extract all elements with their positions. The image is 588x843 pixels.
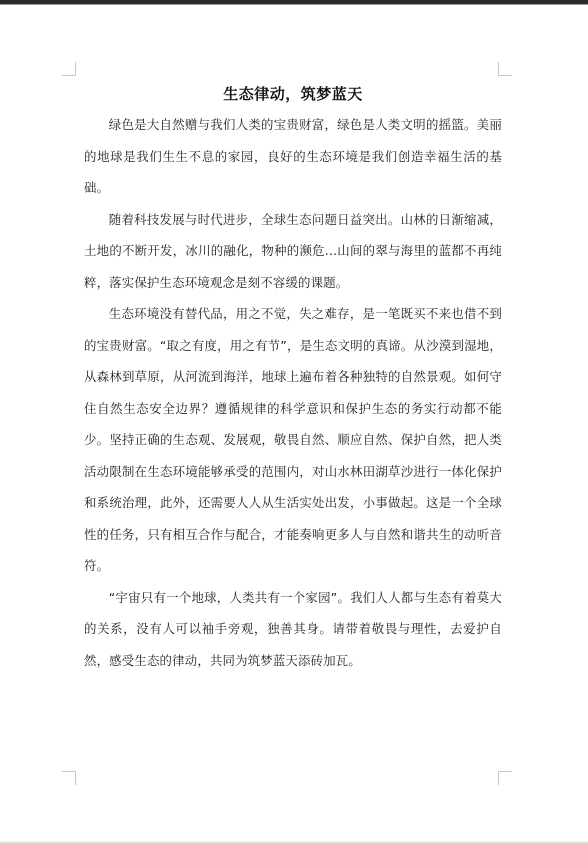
document-page[interactable]: 生态律动，筑梦蓝天 绿色是大自然赠与我们人类的宝贵财富，绿色是人类文明的摇篮。美…	[0, 5, 588, 841]
paragraph-4: “宇宙只有一个地球，人类共有一个家园”。我们人人都与生态有着莫大的关系，没有人可…	[84, 582, 502, 677]
paragraph-1: 绿色是大自然赠与我们人类的宝贵财富，绿色是人类文明的摇篮。美丽的地球是我们生生不…	[84, 109, 502, 204]
corner-mark-top-right-icon	[498, 62, 512, 76]
paragraph-3: 生态环境没有替代品，用之不觉，失之难存，是一笔既买不来也借不到的宝贵财富。“取之…	[84, 298, 502, 582]
document-body[interactable]: 生态律动，筑梦蓝天 绿色是大自然赠与我们人类的宝贵财富，绿色是人类文明的摇篮。美…	[84, 83, 502, 676]
corner-mark-top-left-icon	[62, 62, 76, 76]
paragraph-2: 随着科技发展与时代进步，全球生态问题日益突出。山林的日渐缩减，土地的不断开发，冰…	[84, 204, 502, 299]
corner-mark-bottom-right-icon	[498, 771, 512, 785]
corner-mark-bottom-left-icon	[62, 771, 76, 785]
document-title: 生态律动，筑梦蓝天	[84, 83, 502, 105]
